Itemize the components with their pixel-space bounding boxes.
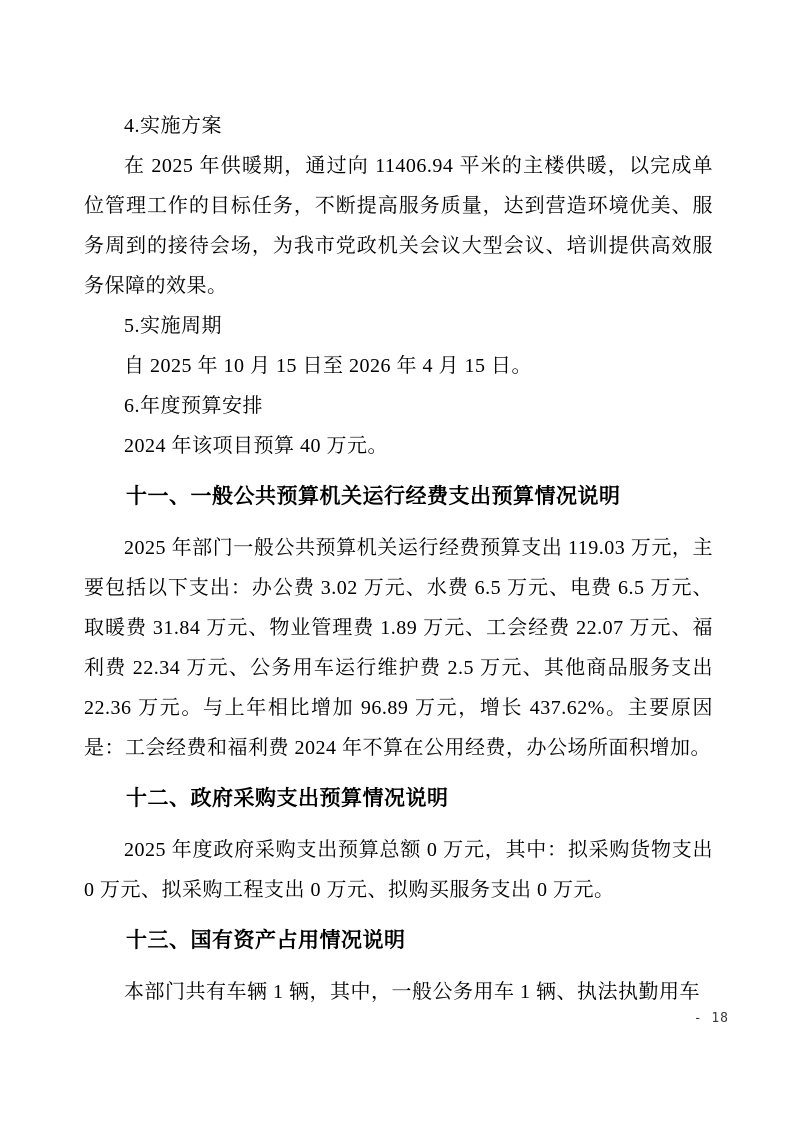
paragraph-government-procurement-detail: 2025 年度政府采购支出预算总额 0 万元，其中：拟采购货物支出 0 万元、拟… — [84, 830, 713, 910]
paragraph-implementation-plan: 在 2025 年供暖期，通过向 11406.94 平米的主楼供暖，以完成单位管理… — [84, 146, 713, 306]
heading-section-12-government-procurement: 十二、政府采购支出预算情况说明 — [84, 779, 713, 819]
heading-section-11-operating-expenses: 十一、一般公共预算机关运行经费支出预算情况说明 — [84, 477, 713, 517]
heading-section-13-state-owned-assets: 十三、国有资产占用情况说明 — [84, 921, 713, 961]
document-page: 4.实施方案 在 2025 年供暖期，通过向 11406.94 平米的主楼供暖，… — [0, 0, 795, 1123]
subheading-implementation-plan: 4.实施方案 — [84, 106, 713, 146]
page-number: - 18 — [694, 1011, 729, 1026]
paragraph-operating-expenses-detail: 2025 年部门一般公共预算机关运行经费预算支出 119.03 万元，主要包括以… — [84, 528, 713, 768]
subheading-implementation-period: 5.实施周期 — [84, 306, 713, 346]
paragraph-annual-budget-arrangement: 2024 年该项目预算 40 万元。 — [84, 426, 713, 466]
subheading-annual-budget-arrangement: 6.年度预算安排 — [84, 386, 713, 426]
document-content: 4.实施方案 在 2025 年供暖期，通过向 11406.94 平米的主楼供暖，… — [84, 106, 713, 1012]
paragraph-state-owned-assets-detail: 本部门共有车辆 1 辆，其中，一般公务用车 1 辆、执法执勤用车 — [84, 972, 713, 1012]
paragraph-implementation-period: 自 2025 年 10 月 15 日至 2026 年 4 月 15 日。 — [84, 346, 713, 386]
